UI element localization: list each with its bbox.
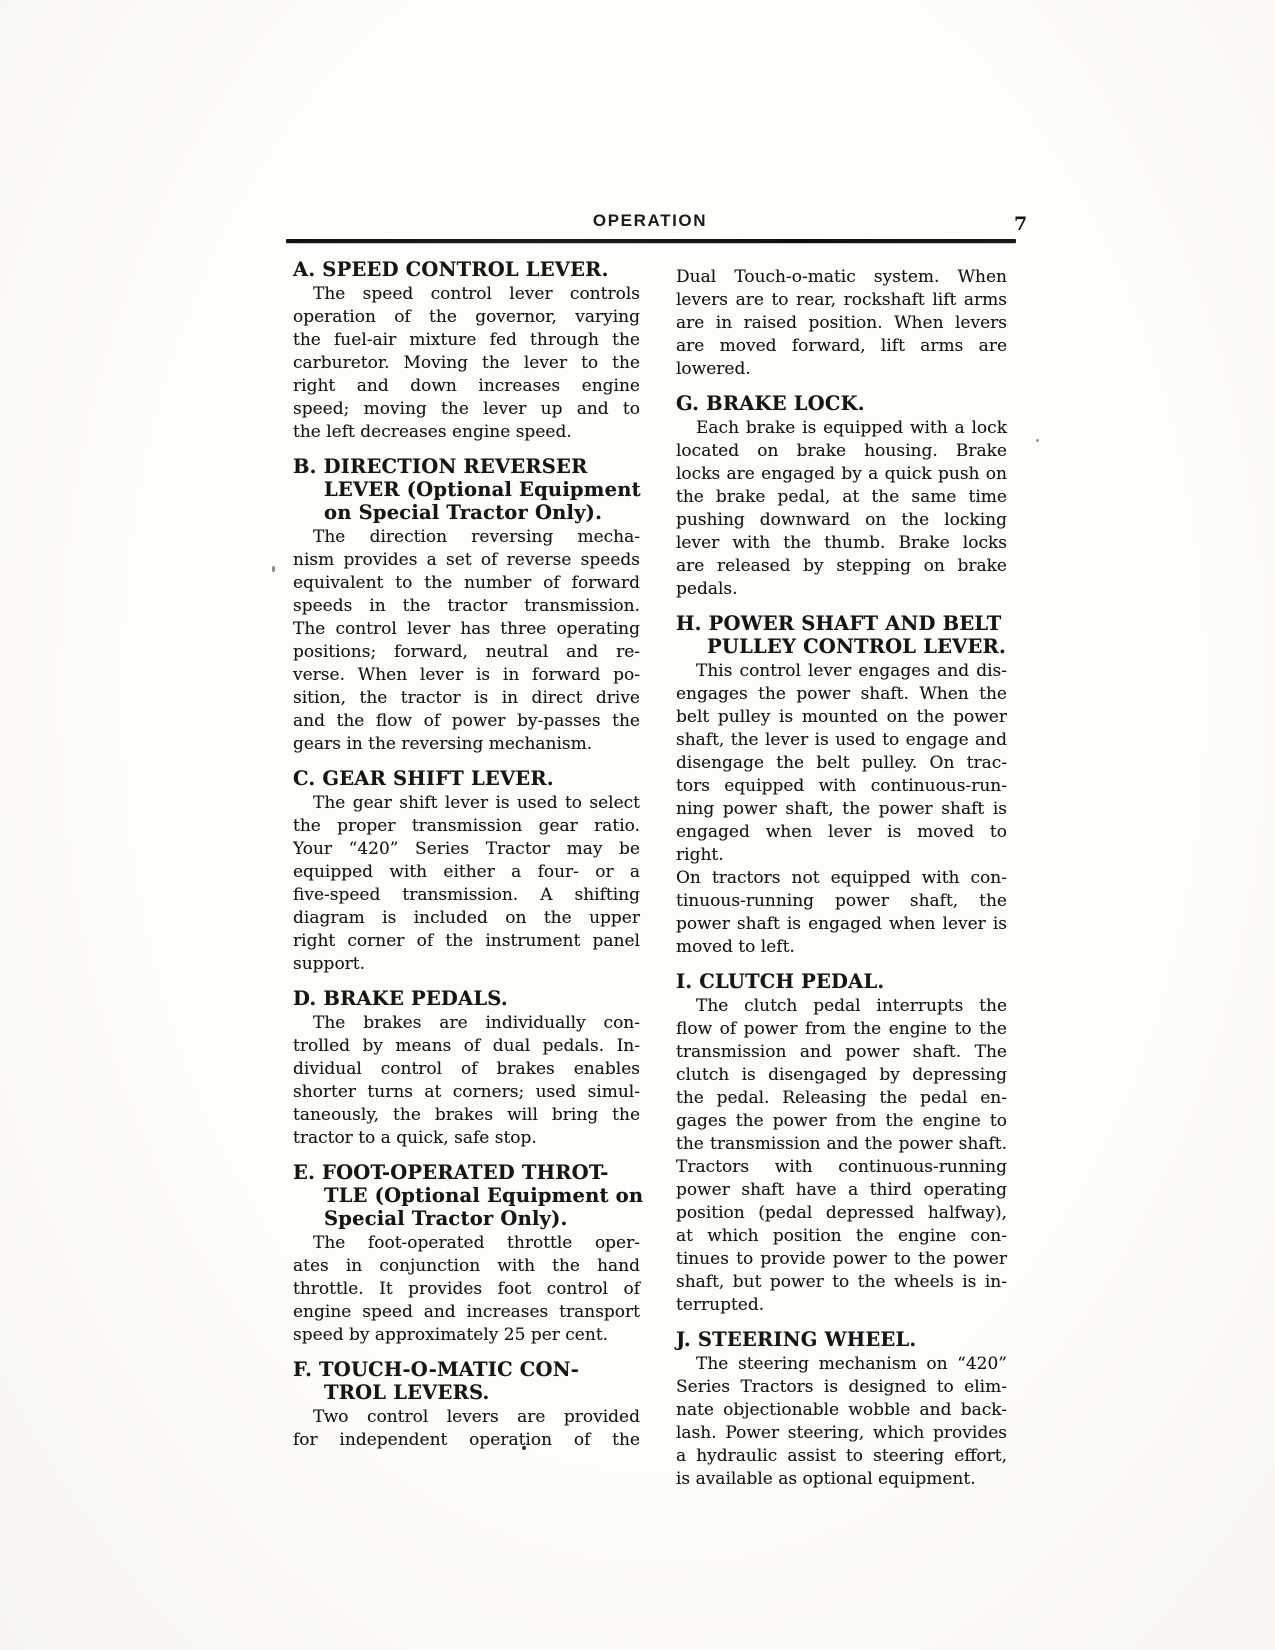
body-line: levers are to rear, rockshaft lift arms [676,289,1007,312]
continued-paragraph: Dual Touch-o-matic system. Whenlevers ar… [676,266,1007,381]
body-line: terrupted. [676,1294,1007,1317]
body-line: ning power shaft, the power shaft is [676,798,1007,821]
body-line: operation of the governor, varying [293,306,640,329]
body-line: engaged when lever is moved to right. [676,821,1007,867]
body-line: The steering mechanism on “420” [676,1353,1007,1376]
body-line: shorter turns at corners; used simul- [293,1081,640,1104]
body-line: speed by approximately 25 per cent. [293,1324,640,1347]
section-heading: I. CLUTCH PEDAL. [676,970,1007,993]
body-line: shaft, the lever is used to engage and [676,729,1007,752]
body-line: dividual control of brakes enables [293,1058,640,1081]
section-heading-line: PULLEY CONTROL LEVER. [676,635,1007,658]
section-heading-line: B. DIRECTION REVERSER [293,455,640,478]
body-line: tractor to a quick, safe stop. [293,1127,640,1150]
body-line: sition, the tractor is in direct drive [293,687,640,710]
body-line: Two control levers are provided [293,1406,640,1429]
body-line: at which position the engine con- [676,1225,1007,1248]
body-line: are released by stepping on brake [676,555,1007,578]
running-header: OPERATION [285,211,1015,231]
body-line: lever with the thumb. Brake locks [676,532,1007,555]
body-line: the transmission and the power shaft. [676,1133,1007,1156]
manual-section: J. STEERING WHEEL.The steering mechanism… [676,1328,1007,1491]
manual-section: A. SPEED CONTROL LEVER.The speed control… [293,258,640,444]
body-line: gages the power from the engine to [676,1110,1007,1133]
body-line: power shaft is engaged when lever is [676,913,1007,936]
body-line: trolled by means of dual pedals. In- [293,1035,640,1058]
left-column: A. SPEED CONTROL LEVER.The speed control… [293,258,640,1452]
body-line: positions; forward, neutral and re- [293,641,640,664]
manual-section: H. POWER SHAFT AND BELTPULLEY CONTROL LE… [676,612,1007,959]
body-line: The brakes are individually con- [293,1012,640,1035]
scan-artifact-dot [1036,439,1039,442]
section-heading: J. STEERING WHEEL. [676,1328,1007,1351]
body-line: engine speed and increases transport [293,1301,640,1324]
manual-section: C. GEAR SHIFT LEVER.The gear shift lever… [293,767,640,976]
body-line: nate objectionable wobble and back- [676,1399,1007,1422]
body-line: verse. When lever is in forward po- [293,664,640,687]
body-line: flow of power from the engine to the [676,1018,1007,1041]
section-heading-line: Special Tractor Only). [293,1207,640,1230]
body-line: located on brake housing. Brake [676,440,1007,463]
body-line: five-speed transmission. A shifting [293,884,640,907]
body-line: Tractors with continuous-running [676,1156,1007,1179]
body-line: position (pedal depressed halfway), [676,1202,1007,1225]
body-line: This control lever engages and dis- [676,660,1007,683]
section-heading: C. GEAR SHIFT LEVER. [293,767,640,790]
body-line: The gear shift lever is used to select [293,792,640,815]
body-line: the proper transmission gear ratio. [293,815,640,838]
section-heading-line: E. FOOT-OPERATED THROT- [293,1161,640,1184]
body-line: are moved forward, lift arms are [676,335,1007,358]
section-heading: B. DIRECTION REVERSERLEVER (Optional Equ… [293,455,640,524]
body-line: The control lever has three operating [293,618,640,641]
body-line: are in raised position. When levers [676,312,1007,335]
scan-artifact-dot [272,566,275,572]
body-line: clutch is disengaged by depressing [676,1064,1007,1087]
manual-page: OPERATION 7 A. SPEED CONTROL LEVER.The s… [0,0,1275,1650]
section-heading-line: G. BRAKE LOCK. [676,392,1007,415]
section-heading-line: H. POWER SHAFT AND BELT [676,612,1007,635]
body-line: power shaft have a third operating [676,1179,1007,1202]
section-heading-line: TLE (Optional Equipment on [293,1184,640,1207]
body-line: taneously, the brakes will bring the [293,1104,640,1127]
section-heading-line: on Special Tractor Only). [293,501,640,524]
section-heading-line: TROL LEVERS. [293,1381,640,1404]
section-heading-line: D. BRAKE PEDALS. [293,987,640,1010]
body-line: the fuel-air mixture fed through the [293,329,640,352]
body-line: pushing downward on the locking [676,509,1007,532]
body-line: The foot-operated throttle oper- [293,1232,640,1255]
body-line: nism provides a set of reverse speeds [293,549,640,572]
section-heading: D. BRAKE PEDALS. [293,987,640,1010]
body-line: Dual Touch-o-matic system. When [676,266,1007,289]
body-line: transmission and power shaft. The [676,1041,1007,1064]
body-line: The speed control lever controls [293,283,640,306]
body-line: pedals. [676,578,1007,601]
manual-section: G. BRAKE LOCK.Each brake is equipped wit… [676,392,1007,601]
body-line: The direction reversing mecha- [293,526,640,549]
body-line: tinues to provide power to the power [676,1248,1007,1271]
body-line: disengage the belt pulley. On trac- [676,752,1007,775]
body-line: tors equipped with continuous-run- [676,775,1007,798]
body-line: for independent operation of the [293,1429,640,1452]
section-heading: G. BRAKE LOCK. [676,392,1007,415]
body-line: right corner of the instrument panel [293,930,640,953]
body-line: right and down increases engine [293,375,640,398]
header-rule [286,239,1016,243]
section-heading: H. POWER SHAFT AND BELTPULLEY CONTROL LE… [676,612,1007,658]
section-heading-line: F. TOUCH-O-MATIC CON- [293,1358,640,1381]
manual-section: F. TOUCH-O-MATIC CON-TROL LEVERS.Two con… [293,1358,640,1452]
body-line: Each brake is equipped with a lock [676,417,1007,440]
section-heading-line: I. CLUTCH PEDAL. [676,970,1007,993]
body-line: locks are engaged by a quick push on [676,463,1007,486]
body-line: The clutch pedal interrupts the [676,995,1007,1018]
body-line: and the flow of power by-passes the [293,710,640,733]
body-line: Your “420” Series Tractor may be [293,838,640,861]
body-line: belt pulley is mounted on the power [676,706,1007,729]
body-line: is available as optional equipment. [676,1468,1007,1491]
page-number: 7 [1014,213,1027,235]
scan-artifact-dot [522,1446,526,1450]
body-line: diagram is included on the upper [293,907,640,930]
section-heading-line: LEVER (Optional Equipment [293,478,640,501]
body-line: support. [293,953,640,976]
body-line: shaft, but power to the wheels is in- [676,1271,1007,1294]
body-line: engages the power shaft. When the [676,683,1007,706]
manual-section: I. CLUTCH PEDAL.The clutch pedal interru… [676,970,1007,1317]
body-line: lowered. [676,358,1007,381]
section-heading-line: J. STEERING WHEEL. [676,1328,1007,1351]
section-heading: A. SPEED CONTROL LEVER. [293,258,640,281]
right-column: Dual Touch-o-matic system. Whenlevers ar… [676,258,1007,1491]
body-line: speeds in the tractor transmission. [293,595,640,618]
manual-section: D. BRAKE PEDALS.The brakes are individua… [293,987,640,1150]
body-line: the left decreases engine speed. [293,421,640,444]
body-line: ates in conjunction with the hand [293,1255,640,1278]
body-line: the brake pedal, at the same time [676,486,1007,509]
section-heading: E. FOOT-OPERATED THROT-TLE (Optional Equ… [293,1161,640,1230]
body-line: carburetor. Moving the lever to the [293,352,640,375]
section-heading: F. TOUCH-O-MATIC CON-TROL LEVERS. [293,1358,640,1404]
body-line: Series Tractors is designed to elim- [676,1376,1007,1399]
body-line: On tractors not equipped with con- [676,867,1007,890]
body-line: equivalent to the number of forward [293,572,640,595]
manual-section: E. FOOT-OPERATED THROT-TLE (Optional Equ… [293,1161,640,1347]
section-heading-line: A. SPEED CONTROL LEVER. [293,258,640,281]
body-line: moved to left. [676,936,1007,959]
body-line: equipped with either a four- or a [293,861,640,884]
body-line: speed; moving the lever up and to [293,398,640,421]
section-heading-line: C. GEAR SHIFT LEVER. [293,767,640,790]
body-line: the pedal. Releasing the pedal en- [676,1087,1007,1110]
body-line: lash. Power steering, which provides [676,1422,1007,1445]
body-line: throttle. It provides foot control of [293,1278,640,1301]
manual-section: B. DIRECTION REVERSERLEVER (Optional Equ… [293,455,640,756]
body-line: a hydraulic assist to steering effort, [676,1445,1007,1468]
body-line: gears in the reversing mechanism. [293,733,640,756]
body-line: tinuous-running power shaft, the [676,890,1007,913]
